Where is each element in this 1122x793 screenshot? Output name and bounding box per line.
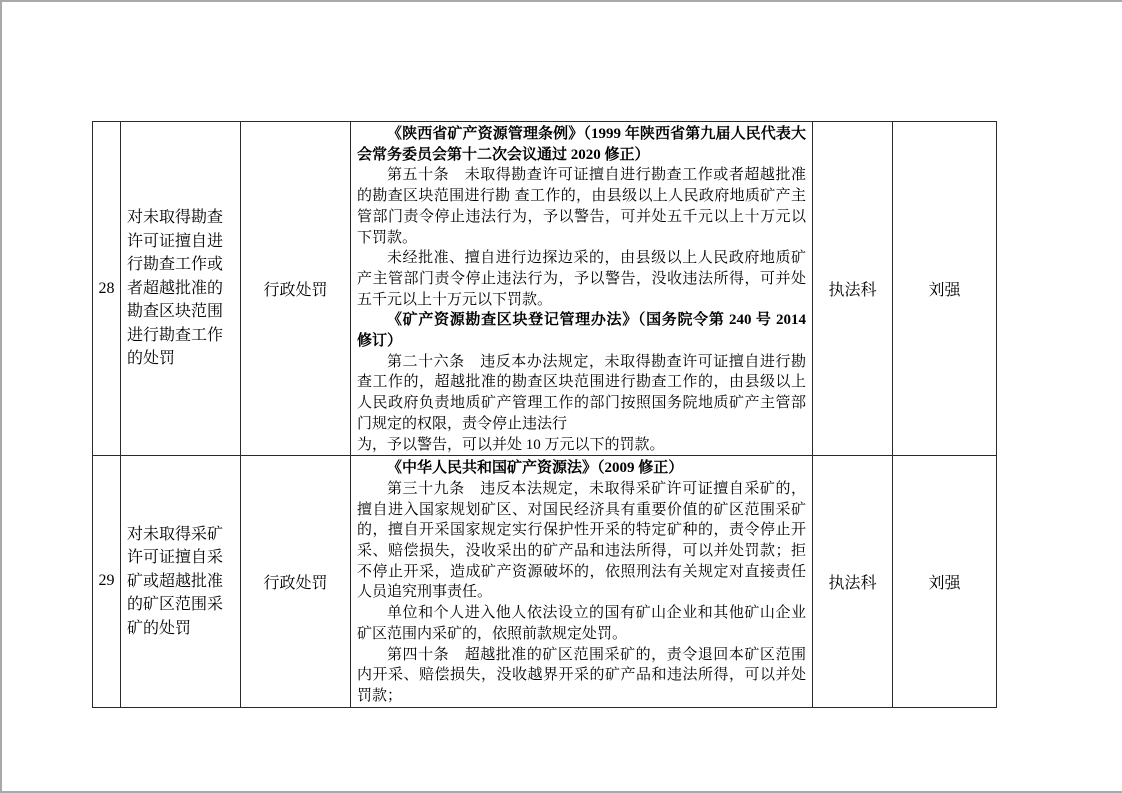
legal-paragraph: 单位和个人进入他人依法设立的国有矿山企业和其他矿山企业矿区范围内采矿的，依照前款… (357, 603, 806, 644)
department-cell: 执法科 (813, 456, 893, 707)
department-cell: 执法科 (813, 122, 893, 456)
row-number-cell: 28 (93, 122, 121, 456)
legal-paragraph: 第二十六条 违反本办法规定，未取得勘查许可证擅自进行勘查工作的，超越批准的勘查区… (357, 352, 806, 435)
legal-paragraph: 为，予以警告，可以并处 10 万元以下的罚款。 (357, 435, 806, 456)
legal-paragraph: 第四十条 超越批准的矿区范围采矿的，责令退回本矿区范围内开采、赔偿损失，没收越界… (357, 645, 806, 707)
penalties-table: 28 对未取得勘查许可证擅自进行勘查工作或者超越批准的勘查区块范围进行勘查工作的… (92, 121, 997, 708)
person-cell: 刘强 (893, 456, 997, 707)
penalty-item-cell: 对未取得勘查许可证擅自进行勘查工作或者超越批准的勘查区块范围进行勘查工作的处罚 (121, 122, 241, 456)
penalty-type-cell: 行政处罚 (241, 456, 351, 707)
legal-paragraph: 《矿产资源勘查区块登记管理办法》（国务院令第 240 号 2014 修订） (357, 310, 806, 351)
table-row: 29 对未取得采矿许可证擅自采矿或超越批准的矿区范围采矿的处罚 行政处罚 《中华… (93, 456, 997, 707)
legal-paragraph: 《中华人民共和国矿产资源法》（2009 修正） (357, 458, 806, 479)
table-row: 28 对未取得勘查许可证擅自进行勘查工作或者超越批准的勘查区块范围进行勘查工作的… (93, 122, 997, 456)
row-number-cell: 29 (93, 456, 121, 707)
document-page: 28 对未取得勘查许可证擅自进行勘查工作或者超越批准的勘查区块范围进行勘查工作的… (0, 0, 1122, 793)
penalty-item-cell: 对未取得采矿许可证擅自采矿或超越批准的矿区范围采矿的处罚 (121, 456, 241, 707)
legal-paragraph: 第五十条 未取得勘查许可证擅自进行勘查工作或者超越批准的勘查区块范围进行勘 查工… (357, 165, 806, 248)
legal-paragraph: 第三十九条 违反本法规定，未取得采矿许可证擅自采矿的，擅自进入国家规划矿区、对国… (357, 479, 806, 603)
person-cell: 刘强 (893, 122, 997, 456)
legal-basis-cell: 《陕西省矿产资源管理条例》（1999 年陕西省第九届人民代表大会常务委员会第十二… (351, 122, 813, 456)
penalty-type-cell: 行政处罚 (241, 122, 351, 456)
legal-paragraph: 未经批准、擅自进行边探边采的，由县级以上人民政府地质矿产主管部门责令停止违法行为… (357, 248, 806, 310)
legal-basis-cell: 《中华人民共和国矿产资源法》（2009 修正）第三十九条 违反本法规定，未取得采… (351, 456, 813, 707)
legal-paragraph: 《陕西省矿产资源管理条例》（1999 年陕西省第九届人民代表大会常务委员会第十二… (357, 124, 806, 165)
